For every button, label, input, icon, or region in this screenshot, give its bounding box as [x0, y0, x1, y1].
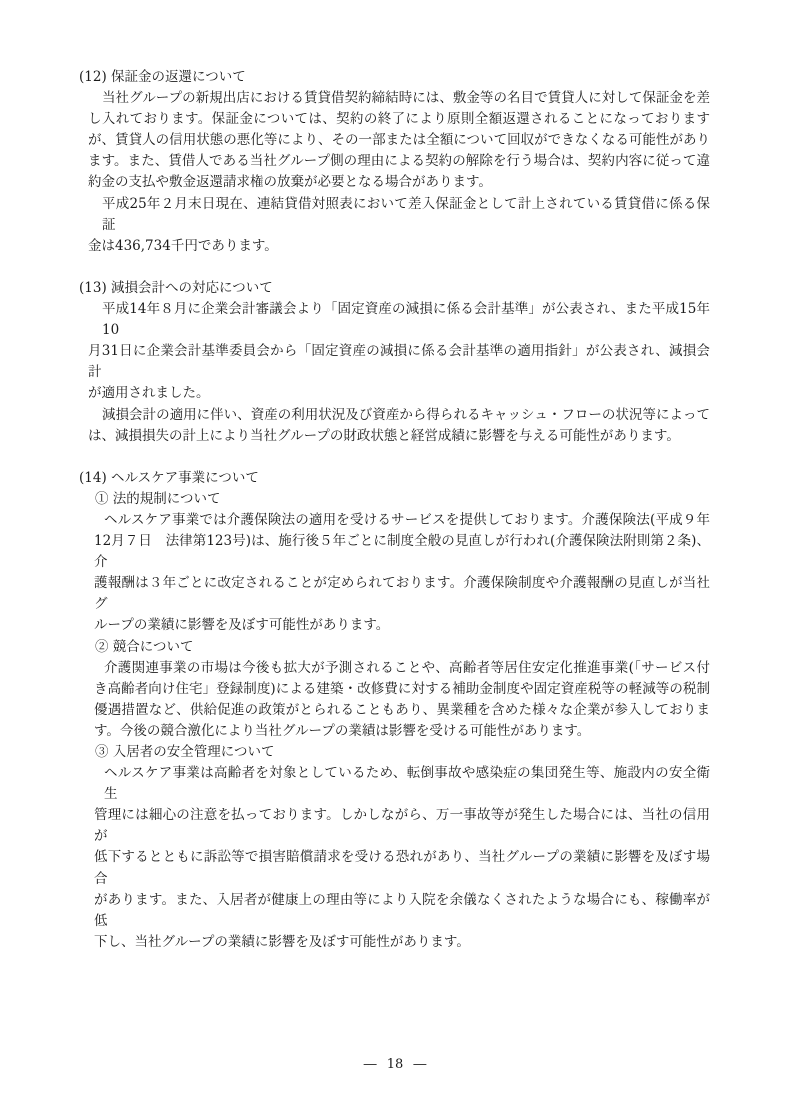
paragraph: 介護関連事業の市場は今後も拡大が予測されることや、高齢者等居住安定化推進事業(「… [79, 658, 710, 742]
text-line: 護報酬は３年ごとに改定されることが定められております。介護保険制度や介護報酬の見… [94, 573, 710, 615]
text-line: 平成14年８月に企業会計審議会より「固定資産の減損に係る会計基準」が公表され、ま… [102, 299, 710, 341]
text-line: 優遇措置など、供給促進の政策がとられることもあり、異業種を含めた様々な企業が参入… [94, 700, 710, 721]
paragraph: 平成25年２月末日現在、連結貸借対照表において差入保証金として計上されている賃貸… [79, 194, 710, 257]
text-line: があります。また、入居者が健康上の理由等により入院を余儀なくされたような場合にも… [94, 890, 710, 932]
text-line: 管理には細心の注意を払っております。しかしながら、万一事故等が発生した場合には、… [94, 805, 710, 847]
text-line: が適用されました。 [88, 383, 710, 404]
text-line: ヘルスケア事業は高齢者を対象としているため、転倒事故や感染症の集団発生等、施設内… [104, 763, 710, 805]
page-number: ― 18 ― [364, 1057, 427, 1072]
text-line: 当社グループの新規出店における賃貸借契約締結時には、敷金等の名目で賃貸人に対して… [102, 88, 710, 109]
section-13: (13) 減損会計への対応について平成14年８月に企業会計審議会より「固定資産の… [79, 278, 710, 447]
section-13-heading: (13) 減損会計への対応について [79, 278, 710, 299]
text-line: 月31日に企業会計基準委員会から「固定資産の減損に係る会計基準の適用指針」が公表… [88, 341, 710, 383]
text-line: す。今後の競合激化により当社グループの業績は影響を受ける可能性があります。 [94, 721, 710, 742]
text-line: ます。また、賃借人である当社グループ側の理由による契約の解除を行う場合は、契約内… [88, 151, 710, 172]
text-line: ループの業績に影響を及ぼす可能性があります。 [94, 615, 710, 636]
section-14-subheading: ② 競合について [95, 637, 710, 658]
text-line: 低下するとともに訴訟等で損害賠償請求を受ける恐れがあり、当社グループの業績に影響… [94, 847, 710, 889]
paragraph: 減損会計の適用に伴い、資産の利用状況及び資産から得られるキャッシュ・フローの状況… [79, 405, 710, 447]
text-line: し入れております。保証金については、契約の終了により原則全額返還されることになっ… [88, 109, 710, 130]
section-14-subheading: ① 法的規制について [95, 489, 710, 510]
section-14: (14) ヘルスケア事業について① 法的規制についてヘルスケア事業では介護保険法… [79, 468, 710, 953]
text-line: ヘルスケア事業では介護保険法の適用を受けるサービスを提供しております。介護保険法… [104, 510, 710, 531]
text-line: が、賃貸人の信用状態の悪化等により、その一部または全額について回収ができなくなる… [88, 130, 710, 151]
paragraph: ヘルスケア事業では介護保険法の適用を受けるサービスを提供しております。介護保険法… [79, 510, 710, 637]
section-12-heading: (12) 保証金の返還について [79, 67, 710, 88]
section-14-heading: (14) ヘルスケア事業について [79, 468, 710, 489]
text-line: 介護関連事業の市場は今後も拡大が予測されることや、高齢者等居住安定化推進事業(「… [104, 658, 710, 679]
paragraph: 平成14年８月に企業会計審議会より「固定資産の減損に係る会計基準」が公表され、ま… [79, 299, 710, 404]
text-line: 12月７日 法律第123号)は、施行後５年ごとに制度全般の見直しが行われ(介護保… [94, 531, 710, 573]
text-line: き高齢者向け住宅」登録制度)による建築・改修費に対する補助金制度や固定資産税等の… [94, 679, 710, 700]
text-line: 平成25年２月末日現在、連結貸借対照表において差入保証金として計上されている賃貸… [102, 194, 710, 236]
paragraph: 当社グループの新規出店における賃貸借契約締結時には、敷金等の名目で賃貸人に対して… [79, 88, 710, 193]
text-line: 下し、当社グループの業績に影響を及ぼす可能性があります。 [94, 932, 710, 953]
text-line: 金は436,734千円であります。 [88, 236, 710, 257]
page-footer: ― 18 ― [0, 1056, 790, 1074]
text-line: 約金の支払や敷金返還請求権の放棄が必要となる場合があります。 [88, 172, 710, 193]
document-page: (12) 保証金の返還について当社グループの新規出店における賃貸借契約締結時には… [0, 0, 790, 1118]
text-line: 減損会計の適用に伴い、資産の利用状況及び資産から得られるキャッシュ・フローの状況… [102, 405, 710, 426]
paragraph: ヘルスケア事業は高齢者を対象としているため、転倒事故や感染症の集団発生等、施設内… [79, 763, 710, 953]
section-14-subheading: ③ 入居者の安全管理について [95, 742, 710, 763]
text-line: は、減損損失の計上により当社グループの財政状態と経営成績に影響を与える可能性があ… [88, 426, 710, 447]
document-body: (12) 保証金の返還について当社グループの新規出店における賃貸借契約締結時には… [79, 67, 710, 953]
section-12: (12) 保証金の返還について当社グループの新規出店における賃貸借契約締結時には… [79, 67, 710, 257]
